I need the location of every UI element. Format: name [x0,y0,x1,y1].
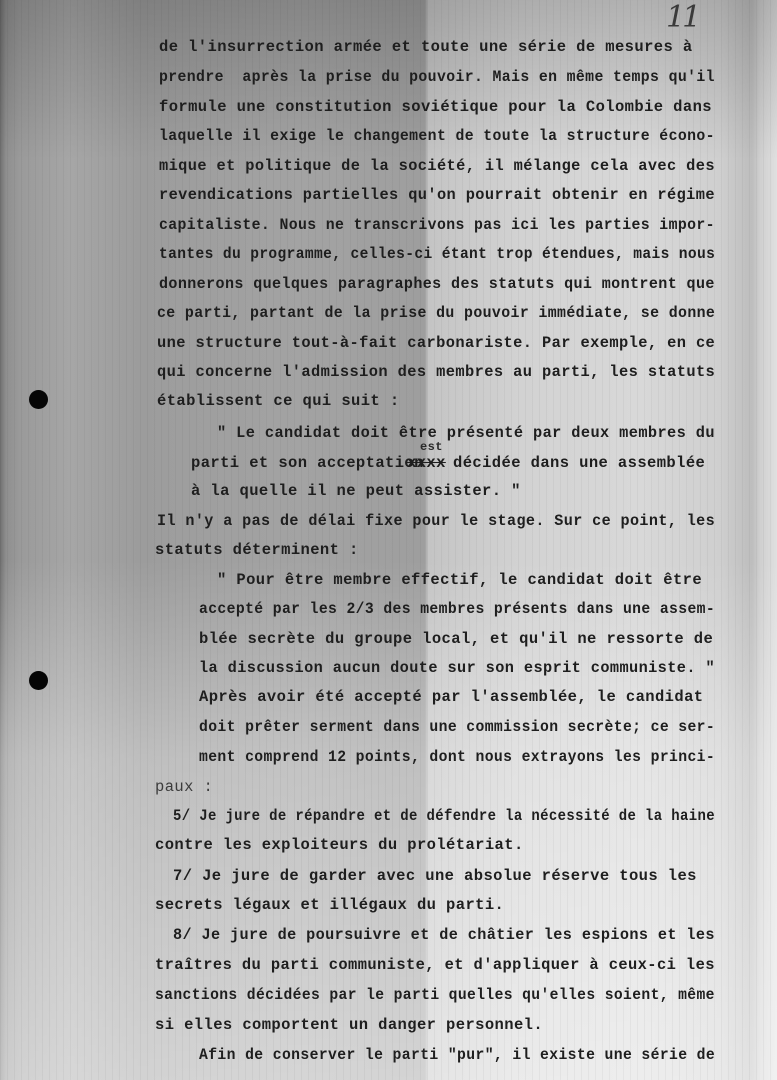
text-line: prendre après la prise du pouvoir. Mais … [159,68,715,86]
oath-item: 8/ Je jure de poursuivre et de châtier l… [173,926,715,944]
oath-item: si elles comportent un danger personnel. [155,1016,543,1034]
text-line: ce parti, partant de la prise du pouvoir… [157,304,715,322]
oath-item: 5/ Je jure de répandre et de défendre la… [173,807,715,825]
text-line: capitaliste. Nous ne transcrivons pas ic… [159,216,715,234]
text-line: Il n'y a pas de délai fixe pour le stage… [157,512,715,530]
text-line: revendications partielles qu'on pourrait… [159,186,715,204]
text-line: donnerons quelques paragraphes des statu… [159,275,715,293]
text-line: formule une constitution soviétique pour… [159,98,712,116]
oath-item: sanctions décidées par le parti quelles … [155,986,715,1004]
oath-item: secrets légaux et illégaux du parti. [155,896,504,914]
quote-line: " Pour être membre effectif, le candidat… [217,571,702,589]
quote-line: blée secrète du groupe local, et qu'il n… [199,630,713,648]
text-line: une structure tout-à-fait carbonariste. … [157,334,715,352]
text-line: établissent ce qui suit : [157,392,400,410]
text-line: tantes du programme, celles-ci étant tro… [159,245,715,263]
typewritten-body: de l'insurrection armée et toute une sér… [0,0,777,1080]
oath-item: traîtres du parti communiste, et d'appli… [155,956,715,974]
text-line: Afin de conserver le parti "pur", il exi… [199,1046,715,1064]
oath-item: contre les exploiteurs du prolétariat. [155,836,524,854]
quote-line: accepté par les 2/3 des membres présents… [199,600,715,618]
inserted-word: est [420,440,443,454]
text-line: laquelle il exige le changement de toute… [159,127,715,145]
quote-line: parti et son acceptation [191,454,424,472]
quote-line: décidée dans une assemblée [453,454,705,472]
quote-line: la discussion aucun doute sur son esprit… [199,659,715,677]
text-line: Après avoir été accepté par l'assemblée,… [199,688,703,706]
quote-line: à la quelle il ne peut assister. " [191,482,521,500]
quote-line: " Le candidat doit être présenté par deu… [217,424,715,442]
text-line: de l'insurrection armée et toute une sér… [159,38,693,56]
text-line: qui concerne l'admission des membres au … [157,363,715,381]
text-line: statuts déterminent : [155,541,359,559]
struck-word: xxxx [407,454,446,472]
text-line: mique et politique de la société, il mél… [159,157,715,175]
text-line: paux : [155,778,213,796]
oath-item: 7/ Je jure de garder avec une absolue ré… [173,867,697,885]
text-line: doit prêter serment dans une commission … [199,718,715,736]
text-line: ment comprend 12 points, dont nous extra… [199,748,715,766]
